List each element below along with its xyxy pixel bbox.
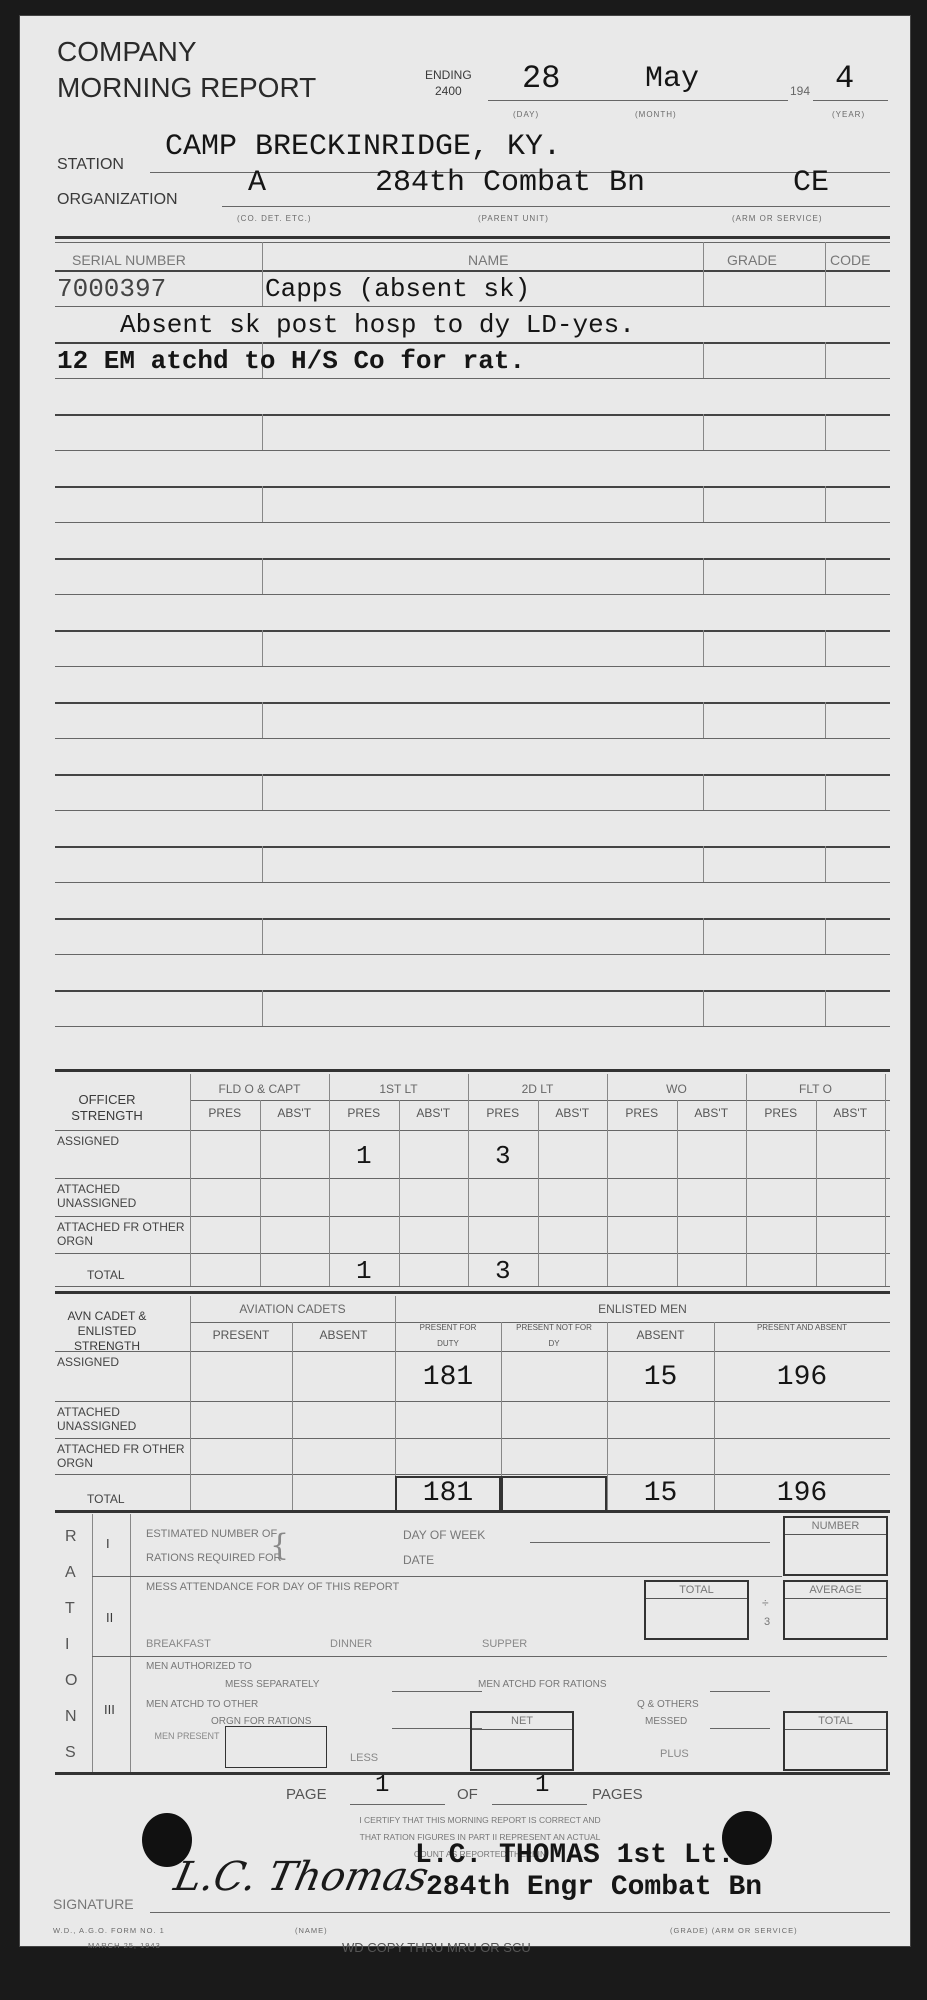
rations-part2-label: MESS ATTENDANCE FOR DAY OF THIS REPORT [146,1581,399,1593]
entries-column-divider [825,414,826,450]
table-rule [190,1322,890,1323]
total-box[interactable]: TOTAL [644,1580,749,1640]
station-label: STATION [57,156,124,174]
entries-row-rule [55,738,890,739]
entry-name: Capps (absent sk) [265,274,530,304]
enlisted-cell[interactable] [190,1440,292,1474]
enlisted-cell[interactable] [607,1403,714,1438]
table-rule [55,1253,890,1254]
report-year: 4 [835,60,854,97]
ending-time: 2400 [435,84,462,98]
name-caption: (NAME) [295,1926,328,1935]
officer-cell[interactable] [538,1180,608,1216]
officer-cell[interactable] [816,1255,886,1286]
rations-top-rule [55,1510,890,1513]
morning-report-form: COMPANY MORNING REPORT ENDING 2400 28 Ma… [20,16,910,1946]
entries-column-divider [703,702,704,738]
officer-cell[interactable] [399,1218,469,1253]
entries-column-divider [825,702,826,738]
entries-column-divider [825,486,826,522]
header-column-divider [262,242,263,270]
organization-company: A [248,166,266,200]
officer-cell[interactable] [746,1218,816,1253]
average-box[interactable]: AVERAGE [783,1580,888,1640]
date-underline [488,100,788,101]
officer-subheader: ABS'T [816,1106,886,1120]
officer-cell[interactable] [190,1180,260,1216]
day-caption: (DAY) [513,110,539,119]
signature-script: L.C. Thomas [170,1854,432,1900]
rations-side-letter: T [65,1600,75,1618]
station-value: CAMP BRECKINRIDGE, KY. [165,130,561,164]
entries-column-divider [262,486,263,522]
entries-column-divider [703,342,704,378]
entries-row-rule [55,666,890,667]
header-name: NAME [468,252,508,268]
officer-cell[interactable] [816,1218,886,1253]
pages-line [492,1804,587,1805]
day-of-week-line [530,1542,770,1543]
rations-part1-label-2: RATIONS REQUIRED FOR [146,1552,281,1564]
officer-cell[interactable] [607,1255,677,1286]
enlisted-subheader: ABSENT [292,1328,395,1342]
enlisted-cell[interactable] [190,1476,292,1510]
q-others-line [710,1728,770,1729]
rations-day-of-week: DAY OF WEEK [403,1528,485,1542]
rations-side-letter: R [65,1528,77,1546]
officer-subheader: ABS'T [399,1106,469,1120]
entries-column-divider [262,558,263,594]
officer-subheader: ABS'T [260,1106,330,1120]
total-present-box [501,1476,607,1512]
enlisted-strength-title: AVN CADET & ENLISTED STRENGTH [57,1309,157,1354]
table-rule [55,1438,890,1439]
rations-part3-numeral: III [104,1702,115,1717]
enlisted-cell[interactable] [714,1440,890,1474]
rations-side-letter: N [65,1708,77,1726]
table-rule [55,1216,890,1217]
officer-cell[interactable]: 1 [329,1255,399,1286]
entries-column-divider [262,918,263,954]
officer-cell[interactable] [190,1132,260,1178]
rations-plus: PLUS [660,1748,689,1760]
entries-column-divider [825,630,826,666]
officer-cell[interactable] [329,1218,399,1253]
enlisted-cell[interactable] [714,1403,890,1438]
entries-column-divider [262,774,263,810]
officer-cell[interactable] [260,1218,330,1253]
rations-side-letter: I [65,1636,69,1654]
officer-group-header: FLD O & CAPT [190,1082,329,1096]
entries-column-divider [703,414,704,450]
net-box[interactable]: NET [470,1711,574,1771]
officer-subheader: ABS'T [538,1106,608,1120]
enlisted-row-label: ASSIGNED [57,1355,187,1369]
average-box-label: AVERAGE [785,1582,886,1599]
rations-breakfast: BREAKFAST [146,1638,211,1650]
rations-date: DATE [403,1553,434,1567]
enlisted-top-rule [55,1291,890,1294]
entries-row-rule [55,774,890,776]
enlisted-cell[interactable]: 196 [714,1476,890,1510]
entries-row-rule [55,558,890,560]
officer-group-header: 1ST LT [329,1082,468,1096]
entries-column-divider [825,342,826,378]
enlisted-cell[interactable] [501,1440,607,1474]
officer-cell[interactable] [746,1255,816,1286]
table-rule [190,1100,890,1101]
rations-q-line1: Q & OTHERS [637,1699,699,1710]
table-rule [55,1474,890,1475]
officer-cell[interactable] [399,1255,469,1286]
entries-row-rule [55,810,890,811]
entries-column-divider [262,990,263,1026]
enlisted-cell[interactable]: 15 [607,1353,714,1401]
net-box-label: NET [472,1713,572,1730]
entries-column-divider [703,270,704,306]
officer-row-label: ATTACHED FR OTHER ORGN [57,1220,187,1248]
entries-row-rule [55,522,890,523]
officer-cell[interactable] [677,1255,747,1286]
entries-column-divider [703,918,704,954]
enlisted-cell[interactable] [190,1403,292,1438]
organization-underline [222,206,890,207]
enlisted-cell[interactable]: 196 [714,1353,890,1401]
enlisted-cell[interactable] [292,1440,395,1474]
officer-cell[interactable] [468,1218,538,1253]
rations-q-line2: MESSED [645,1716,687,1727]
entries-column-divider [825,846,826,882]
rations-part1-numeral: I [106,1536,110,1551]
mess-separately-line [392,1691,482,1692]
entries-row-rule [55,486,890,488]
entries-column-divider [262,270,263,306]
header-column-divider [703,242,704,270]
rations-auth-line2: MESS SEPARATELY [225,1679,319,1690]
officer-cell[interactable] [746,1132,816,1178]
entries-row-rule [55,594,890,595]
header-grade: GRADE [727,252,777,268]
officer-cell[interactable] [260,1255,330,1286]
entry-serial: 7000397 [57,274,166,304]
entries-row-rule [55,630,890,632]
officer-cell[interactable] [399,1132,469,1178]
enlisted-cell[interactable]: 15 [607,1476,714,1510]
form-title-line2: MORNING REPORT [57,72,316,104]
rations-bottom-rule [55,1772,890,1775]
page-value: 1 [375,1772,389,1799]
officer-cell[interactable] [538,1255,608,1286]
form-title-line1: COMPANY [57,36,197,68]
pages-label: PAGES [592,1786,643,1803]
officer-top-rule [55,1069,890,1072]
enlisted-cell[interactable] [292,1476,395,1510]
officer-cell[interactable] [190,1218,260,1253]
officer-cell[interactable] [190,1255,260,1286]
grade-caption: (GRADE) (ARM OR SERVICE) [670,1926,798,1935]
entries-row-rule [55,846,890,848]
brace-icon: { [270,1526,289,1566]
entries-column-divider [825,918,826,954]
officer-column-divider [885,1074,886,1286]
month-caption: (MONTH) [635,110,677,119]
entries-row-rule [55,270,890,272]
officer-group-header: FLT O [746,1082,885,1096]
officer-cell[interactable]: 3 [468,1132,538,1178]
enlisted-cell[interactable] [501,1353,607,1401]
entries-row-rule [55,342,890,344]
officer-cell[interactable] [260,1180,330,1216]
entries-column-divider [262,414,263,450]
enlisted-cell[interactable] [395,1403,501,1438]
officer-cell[interactable] [746,1180,816,1216]
men-present-box[interactable] [225,1726,327,1768]
entries-column-divider [262,630,263,666]
officer-cell[interactable] [816,1180,886,1216]
enlisted-men-header: ENLISTED MEN [395,1302,890,1316]
entries-column-divider [825,990,826,1026]
entries-row-rule [55,990,890,992]
signer-unit: 284th Engr Combat Bn [426,1872,762,1903]
rations-other-line1: MEN ATCHD TO OTHER [146,1699,258,1710]
enlisted-cell[interactable] [501,1403,607,1438]
form-number: W.D., A.G.O. FORM NO. 1 [53,1926,165,1935]
enlisted-subheader: ABSENT [607,1328,714,1342]
entries-top-rule [55,236,890,239]
entries-column-divider [825,270,826,306]
header-column-divider [825,242,826,270]
entries-row-rule [55,702,890,704]
entries-row-rule [55,954,890,955]
officer-cell[interactable] [677,1218,747,1253]
officer-cell[interactable] [538,1218,608,1253]
entries-column-divider [703,486,704,522]
officer-cell[interactable] [538,1132,608,1178]
officer-cell[interactable] [399,1180,469,1216]
entries-row-rule [55,378,890,379]
rations-total-box-label: TOTAL [785,1713,886,1730]
enlisted-row-label: ATTACHED FR OTHER ORGN [57,1442,187,1470]
entries-row-rule [55,414,890,416]
entries-column-divider [825,774,826,810]
organization-parent-unit: 284th Combat Bn [375,166,645,200]
rations-part2-numeral: II [106,1610,113,1625]
officer-subheader: PRES [329,1106,399,1120]
number-box-label: NUMBER [785,1518,886,1535]
table-rule [55,1130,890,1131]
table-rule [55,1351,890,1352]
header-serial-number: SERIAL NUMBER [72,252,186,268]
signer-typed-name: L.C. THOMAS 1st Lt. [415,1840,734,1871]
rations-numeral-divider [130,1514,131,1772]
entries-row-rule [55,918,890,920]
table-rule [55,1401,890,1402]
pages-value: 1 [535,1772,549,1799]
parent-unit-caption: (PARENT UNIT) [478,214,549,223]
page-label: PAGE [286,1786,327,1803]
divide-icon: ÷ [762,1596,769,1610]
total-present-box [395,1476,501,1512]
rations-part1-rule [92,1576,782,1577]
rations-dinner: DINNER [330,1638,372,1650]
entries-column-divider [262,846,263,882]
enlisted-subheader: PRESENT FOR DUTY [395,1320,501,1352]
officer-cell[interactable]: 1 [329,1132,399,1178]
enlisted-subheader: PRESENT NOT FOR DY [501,1320,607,1352]
officer-group-header: 2D LT [468,1082,607,1096]
copy-note: WD COPY THRU MRU OR SCU [342,1940,531,1955]
enlisted-cell[interactable]: 181 [395,1353,501,1401]
officer-cell[interactable] [260,1132,330,1178]
officer-strength-title: OFFICER STRENGTH [57,1092,157,1124]
enlisted-cell[interactable] [190,1353,292,1401]
organization-arm: CE [793,166,829,200]
aviation-cadets-header: AVIATION CADETS [190,1302,395,1316]
entry-remark-2: 12 EM atchd to H/S Co for rat. [57,346,525,376]
entries-column-divider [703,990,704,1026]
signature-line [150,1912,890,1913]
officer-subheader: PRES [746,1106,816,1120]
cert-line-1: I CERTIFY THAT THIS MORNING REPORT IS CO… [260,1815,700,1825]
enlisted-row-label: ATTACHED UNASSIGNED [57,1405,187,1433]
year-caption: (YEAR) [832,110,865,119]
officer-row-label: ASSIGNED [57,1134,187,1148]
entries-row-rule [55,882,890,883]
rations-total-box[interactable]: TOTAL [783,1711,888,1771]
enlisted-cell[interactable] [395,1440,501,1474]
rations-supper: SUPPER [482,1638,527,1650]
entries-column-divider [703,774,704,810]
table-rule [55,1178,890,1179]
officer-cell[interactable] [329,1180,399,1216]
signature-label: SIGNATURE [53,1896,134,1912]
officer-subheader: PRES [607,1106,677,1120]
organization-label: ORGANIZATION [57,191,178,209]
enlisted-cell[interactable] [292,1353,395,1401]
company-caption: (CO. DET. ETC.) [237,214,312,223]
officer-cell[interactable] [607,1218,677,1253]
rations-side-divider [92,1514,93,1772]
header-code: CODE [830,252,870,268]
entries-column-divider [703,558,704,594]
entries-column-divider [825,558,826,594]
officer-subheader: PRES [468,1106,538,1120]
rations-part2-rule [92,1656,887,1657]
year-underline [813,100,888,101]
entries-row-rule [55,306,890,307]
entries-row-rule [55,450,890,451]
rations-side-letter: A [65,1564,76,1582]
rations-less: LESS [350,1752,378,1764]
ending-label: ENDING [425,68,472,82]
officer-subheader: PRES [190,1106,260,1120]
report-day: 28 [522,60,560,97]
page-line [350,1804,445,1805]
number-box[interactable]: NUMBER [783,1516,888,1576]
total-box-label: TOTAL [646,1582,747,1599]
enlisted-subheader: PRESENT [190,1328,292,1342]
officer-cell[interactable] [607,1180,677,1216]
enlisted-cell[interactable] [292,1403,395,1438]
officer-cell[interactable] [816,1132,886,1178]
table-rule [55,1286,890,1287]
year-prefix: 194 [790,84,810,98]
report-month: May [645,62,699,96]
officer-cell[interactable]: 3 [468,1255,538,1286]
entries-column-divider [703,630,704,666]
entries-top-rule-2 [55,242,890,243]
officer-cell[interactable] [468,1180,538,1216]
rations-side-letter: O [65,1672,77,1690]
other-orgn-line [392,1728,482,1729]
officer-cell[interactable] [677,1180,747,1216]
officer-cell[interactable] [677,1132,747,1178]
enlisted-cell[interactable] [607,1440,714,1474]
entries-column-divider [262,702,263,738]
rations-atchd-for-rations: MEN ATCHD FOR RATIONS [478,1679,607,1690]
officer-row-label: ATTACHED UNASSIGNED [57,1182,187,1210]
entry-remark-1: Absent sk post hosp to dy LD-yes. [120,310,635,340]
form-date: MARCH 25, 1943 [88,1941,161,1950]
entries-column-divider [703,846,704,882]
officer-subheader: ABS'T [677,1106,747,1120]
rations-side-letter: S [65,1744,76,1762]
arm-caption: (ARM OR SERVICE) [732,214,823,223]
rations-part1-label-1: ESTIMATED NUMBER OF [146,1528,277,1540]
atchd-for-rations-line [710,1691,770,1692]
entries-row-rule [55,1026,890,1027]
officer-cell[interactable] [607,1132,677,1178]
rations-auth-line1: MEN AUTHORIZED TO [146,1661,252,1672]
divisor: 3 [764,1616,770,1628]
of-label: OF [457,1786,478,1803]
officer-group-header: WO [607,1082,746,1096]
